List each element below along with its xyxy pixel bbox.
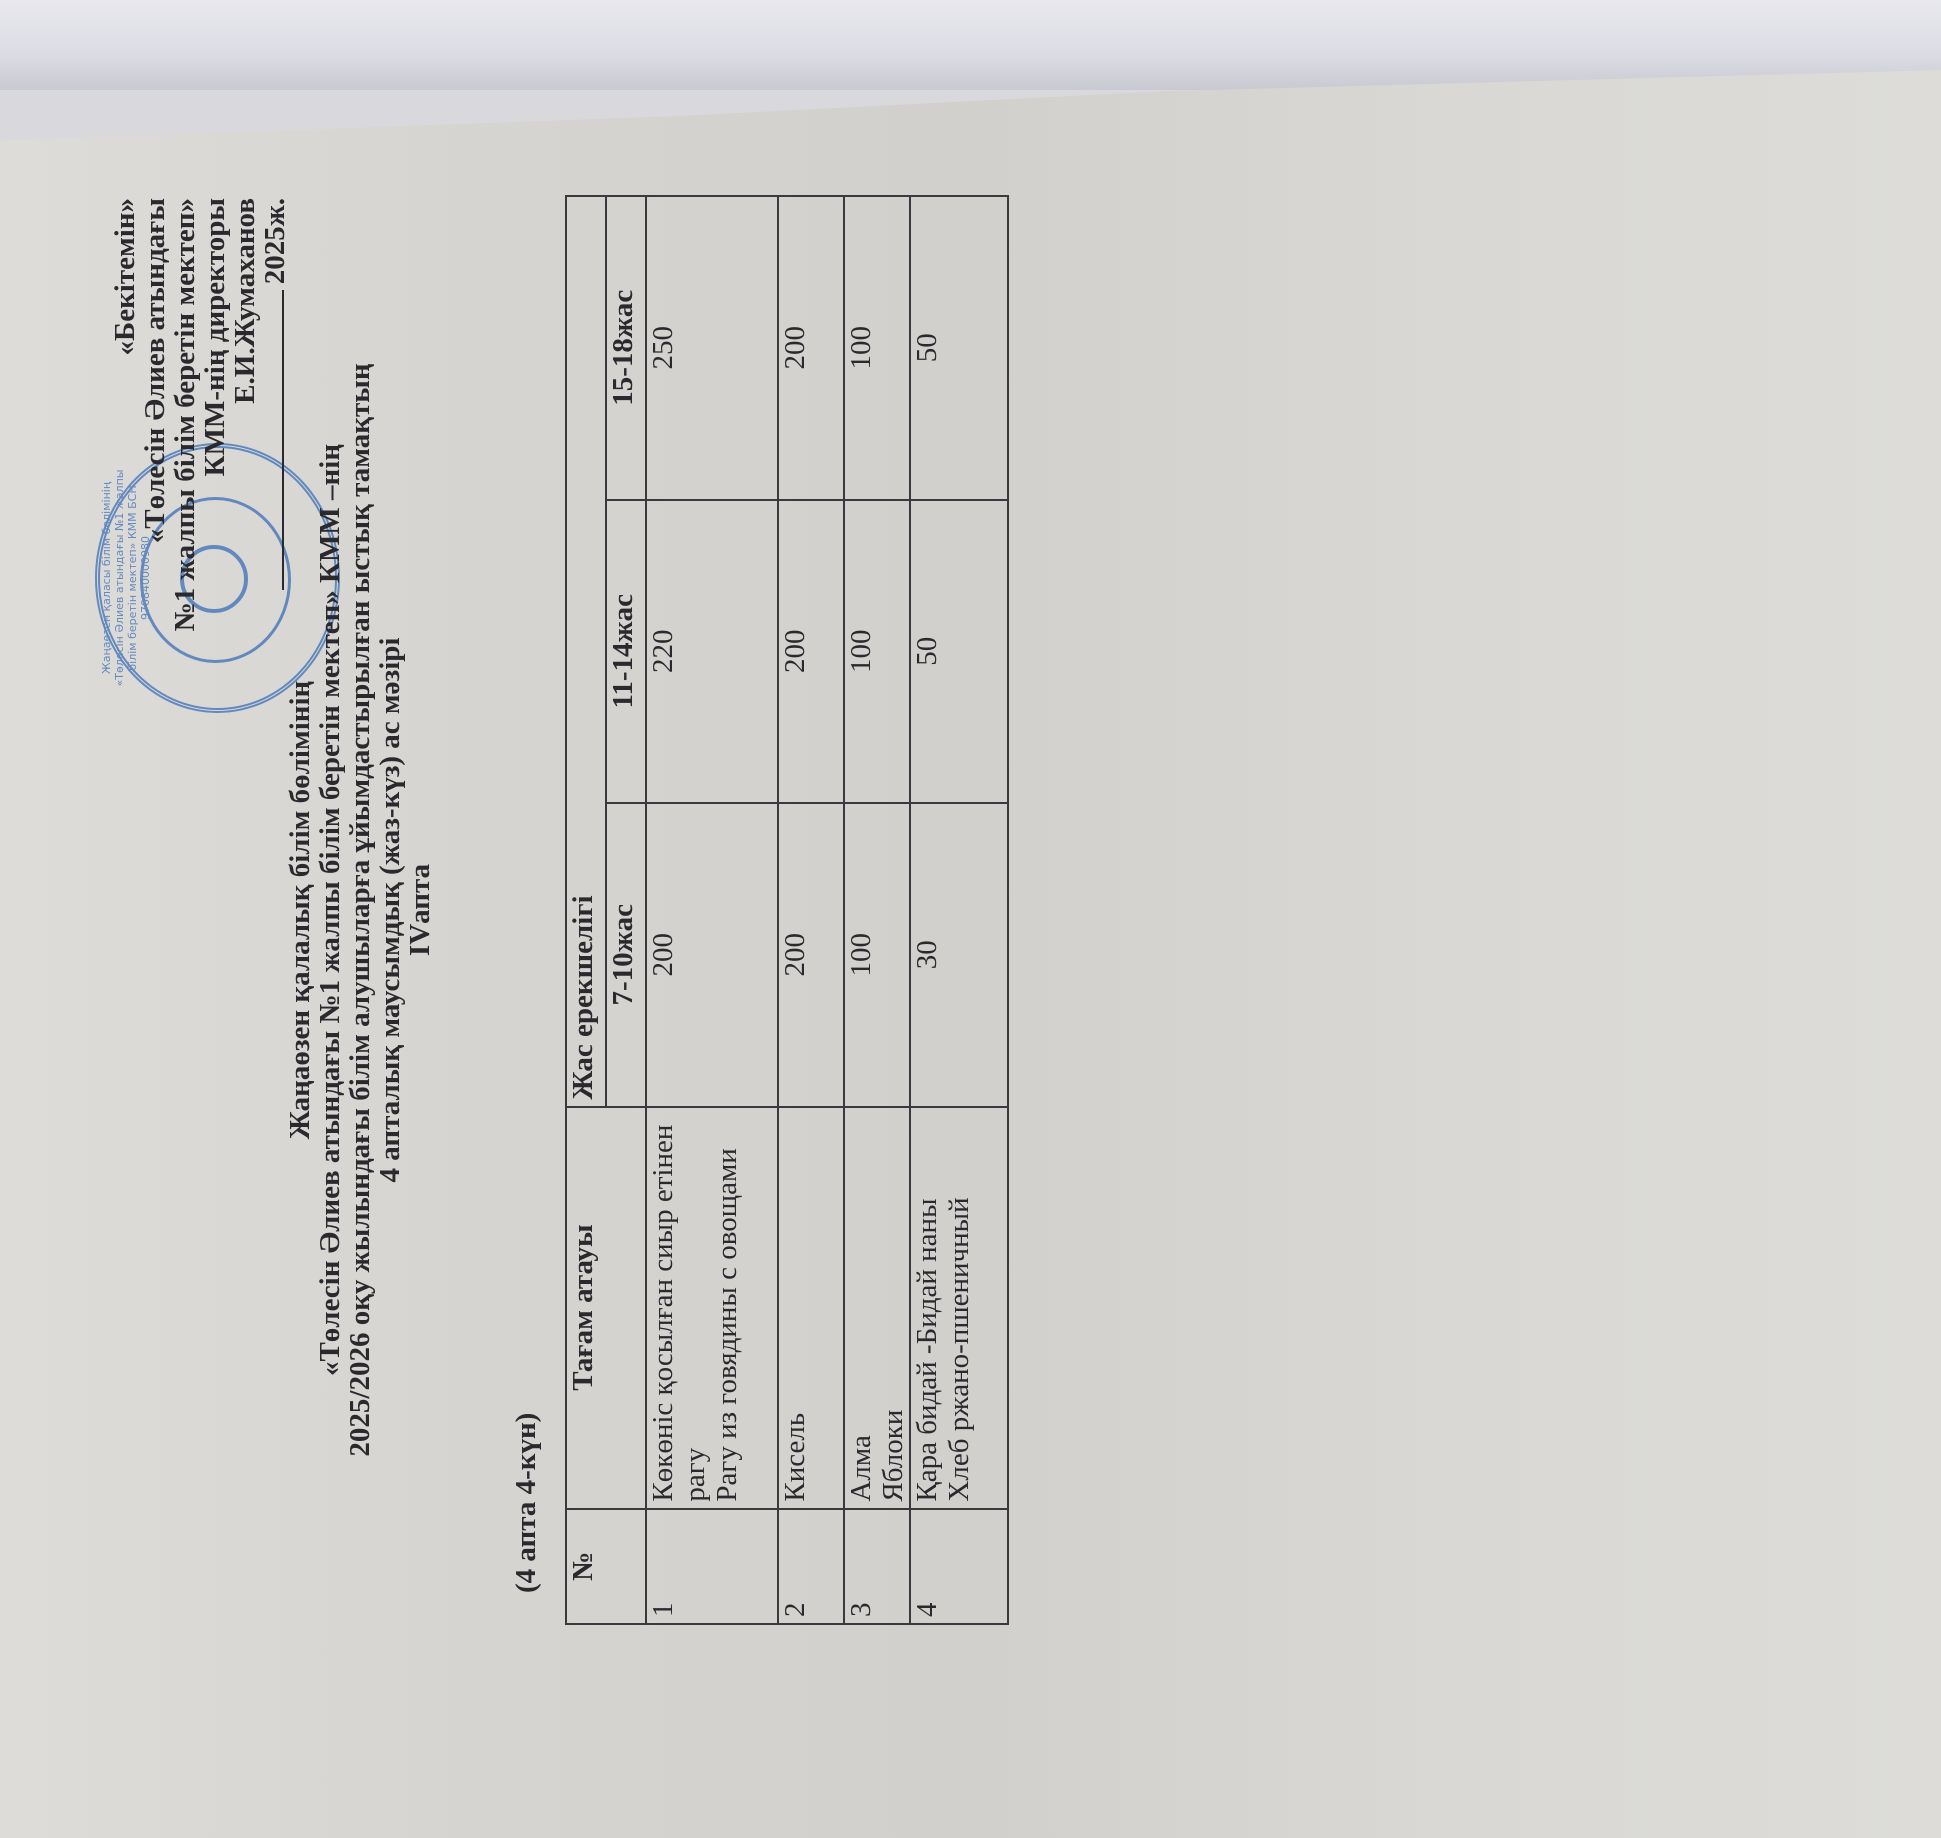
dish-name: Көкөніс қосылған сиыр етіненрагуРагу из …: [646, 1107, 778, 1509]
approval-line: «Төлесін Әлиев атындағы: [140, 198, 170, 718]
dish-name-line: Алма: [845, 1114, 877, 1502]
portion-grams: 200: [778, 500, 844, 804]
row-number: 1: [646, 1509, 778, 1624]
dish-name: АлмаЯблоки: [844, 1107, 910, 1509]
title-line: Жаңаөзен қалалық білім бөлімінің: [285, 195, 315, 1625]
row-number: 2: [778, 1509, 844, 1624]
header-age-15-18: 15-18жас: [606, 196, 646, 500]
portion-grams: 50: [910, 196, 1008, 500]
title-line: «Төлесін Әлиев атындағы №1 жалпы білім б…: [315, 195, 345, 1625]
portion-grams: 250: [646, 196, 778, 500]
date-blank-line: [282, 290, 284, 590]
document-title: Жаңаөзен қалалық білім бөлімінің «Төлесі…: [285, 195, 435, 1625]
header-age-7-10: 7-10жас: [606, 803, 646, 1107]
row-number: 3: [844, 1509, 910, 1624]
title-line: 2025/2026 оқу жылындағы білім алушыларға…: [345, 195, 375, 1625]
approval-line: КММ-нің директоры: [200, 198, 230, 718]
dish-name-line: Яблоки: [877, 1114, 909, 1502]
portion-grams: 50: [910, 500, 1008, 804]
table-row: 2Кисель200200200: [778, 196, 844, 1624]
dish-name: Кисель: [778, 1107, 844, 1509]
dish-name-line: рагу: [679, 1114, 711, 1502]
approval-signature-name: Е.И.Жумаханов: [230, 198, 260, 718]
dish-name-line: Көкөніс қосылған сиыр етінен: [647, 1114, 679, 1502]
day-label: (4 апта 4-күн): [510, 1413, 543, 1593]
week-label: IVапта: [405, 195, 435, 1625]
menu-document: Жаңаөзен қаласы білім бөлімінің «Төлесін…: [0, 0, 1941, 1838]
header-age-group: Жас ерекшелігі: [566, 196, 606, 1107]
approval-line: «Бекітемін»: [110, 198, 140, 718]
portion-grams: 200: [778, 196, 844, 500]
dish-name-line: Рагу из говядины с овощами: [711, 1114, 743, 1502]
header-dish-name: Тағам атауы: [566, 1107, 646, 1509]
title-line: 4 апталық маусымдық (жаз-күз) ас мәзірі: [375, 195, 405, 1625]
dish-name-line: Хлеб ржано-пшеничный: [943, 1114, 975, 1502]
approval-block: «Бекітемін» «Төлесін Әлиев атындағы №1 ж…: [110, 198, 290, 718]
menu-table: № Тағам атауы Жас ерекшелігі 7-10жас 11-…: [565, 195, 1009, 1625]
menu-table-body: 1Көкөніс қосылған сиыр етіненрагуРагу из…: [646, 196, 1008, 1624]
header-no: №: [566, 1509, 646, 1624]
header-age-11-14: 11-14жас: [606, 500, 646, 804]
dish-name-line: Қара бидай -Бидай наны: [911, 1114, 943, 1502]
approval-line: №1 жалпы білім беретін мектеп»: [170, 198, 200, 718]
portion-grams: 200: [646, 803, 778, 1107]
portion-grams: 220: [646, 500, 778, 804]
row-number: 4: [910, 1509, 1008, 1624]
dish-name-line: Кисель: [779, 1114, 811, 1502]
table-row: 4Қара бидай -Бидай наныХлеб ржано-пшенич…: [910, 196, 1008, 1624]
table-row: 3АлмаЯблоки100100100: [844, 196, 910, 1624]
portion-grams: 30: [910, 803, 1008, 1107]
table-row: 1Көкөніс қосылған сиыр етіненрагуРагу из…: [646, 196, 778, 1624]
portion-grams: 100: [844, 803, 910, 1107]
portion-grams: 200: [778, 803, 844, 1107]
portion-grams: 100: [844, 500, 910, 804]
portion-grams: 100: [844, 196, 910, 500]
dish-name: Қара бидай -Бидай наныХлеб ржано-пшеничн…: [910, 1107, 1008, 1509]
